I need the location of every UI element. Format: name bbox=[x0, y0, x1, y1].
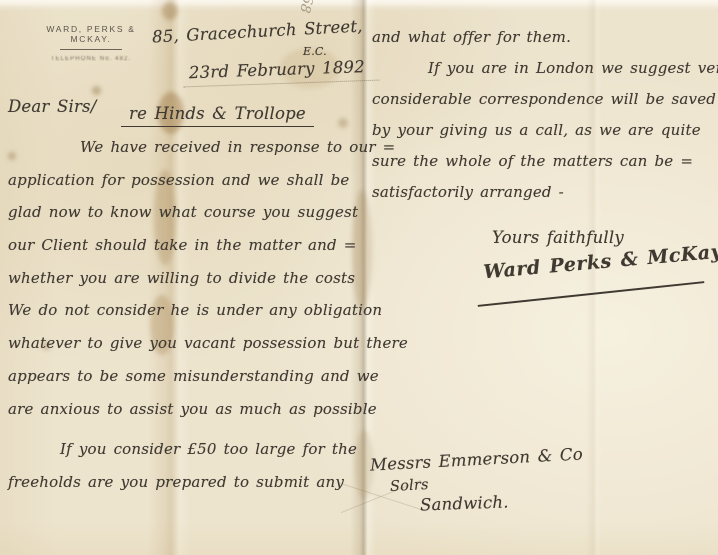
subject-line: re Hinds & Trollope bbox=[121, 104, 314, 127]
letter-line: whether you are willing to divide the co… bbox=[8, 269, 354, 302]
letter-line: considerable correspondence will be save… bbox=[372, 90, 716, 121]
recipient-title: Solrs bbox=[390, 477, 429, 495]
letterhead-rule bbox=[60, 49, 122, 50]
right-page-body: and what offer for them. If you are in L… bbox=[372, 28, 716, 214]
letter-line: and what offer for them. bbox=[372, 28, 716, 59]
signature: Ward Perks & McKay bbox=[482, 241, 718, 284]
letter-line: appears to be some misunderstanding and … bbox=[8, 367, 354, 400]
letter-line: We do not consider he is under any oblig… bbox=[8, 301, 354, 334]
letter-line: freeholds are you prepared to submit any bbox=[8, 473, 354, 506]
letter-date: 23rd February 1892 bbox=[183, 57, 380, 88]
letter-line: our Client should take in the matter and… bbox=[8, 236, 354, 269]
letter-line: by your giving us a call, as we are quit… bbox=[372, 121, 716, 152]
salutation: Dear Sirs/ bbox=[8, 97, 96, 116]
letter-line: satisfactorily arranged - bbox=[372, 183, 716, 214]
left-page-body: We have received in response to our = ap… bbox=[8, 138, 354, 506]
letter-line: whatever to give you vacant possession b… bbox=[8, 334, 354, 367]
letter-line: If you consider £50 too large for the bbox=[8, 440, 354, 473]
sender-address-line: 85, Gracechurch Street, bbox=[152, 16, 363, 46]
letter-line: glad now to know what course you suggest bbox=[8, 203, 354, 236]
sender-address-district: E.C. bbox=[303, 45, 327, 58]
letter-scan: WARD, PERKS & MCKAY. TELEPHONE No. 482. … bbox=[0, 0, 718, 555]
stain bbox=[162, 2, 178, 20]
letter-line: application for possession and we shall … bbox=[8, 171, 354, 204]
letterhead-firm-name: WARD, PERKS & MCKAY. bbox=[28, 24, 154, 44]
recipient-name: Messrs Emmerson & Co bbox=[370, 444, 584, 474]
recipient-place: Sandwich. bbox=[420, 492, 509, 514]
letterhead: WARD, PERKS & MCKAY. TELEPHONE No. 482. bbox=[28, 24, 154, 62]
stain bbox=[92, 86, 101, 95]
letterhead-telephone: TELEPHONE No. 482. bbox=[28, 56, 154, 62]
stain bbox=[338, 118, 348, 128]
letter-line: sure the whole of the matters can be = bbox=[372, 152, 716, 183]
page-top-edge bbox=[0, 0, 718, 7]
valediction: Yours faithfully bbox=[492, 228, 624, 247]
pencil-archive-number: 68 bbox=[296, 0, 316, 14]
signature-flourish bbox=[478, 281, 705, 307]
letter-line: are anxious to assist you as much as pos… bbox=[8, 400, 354, 433]
letter-line: If you are in London we suggest very bbox=[372, 59, 716, 90]
letter-line: We have received in response to our = bbox=[8, 138, 354, 171]
